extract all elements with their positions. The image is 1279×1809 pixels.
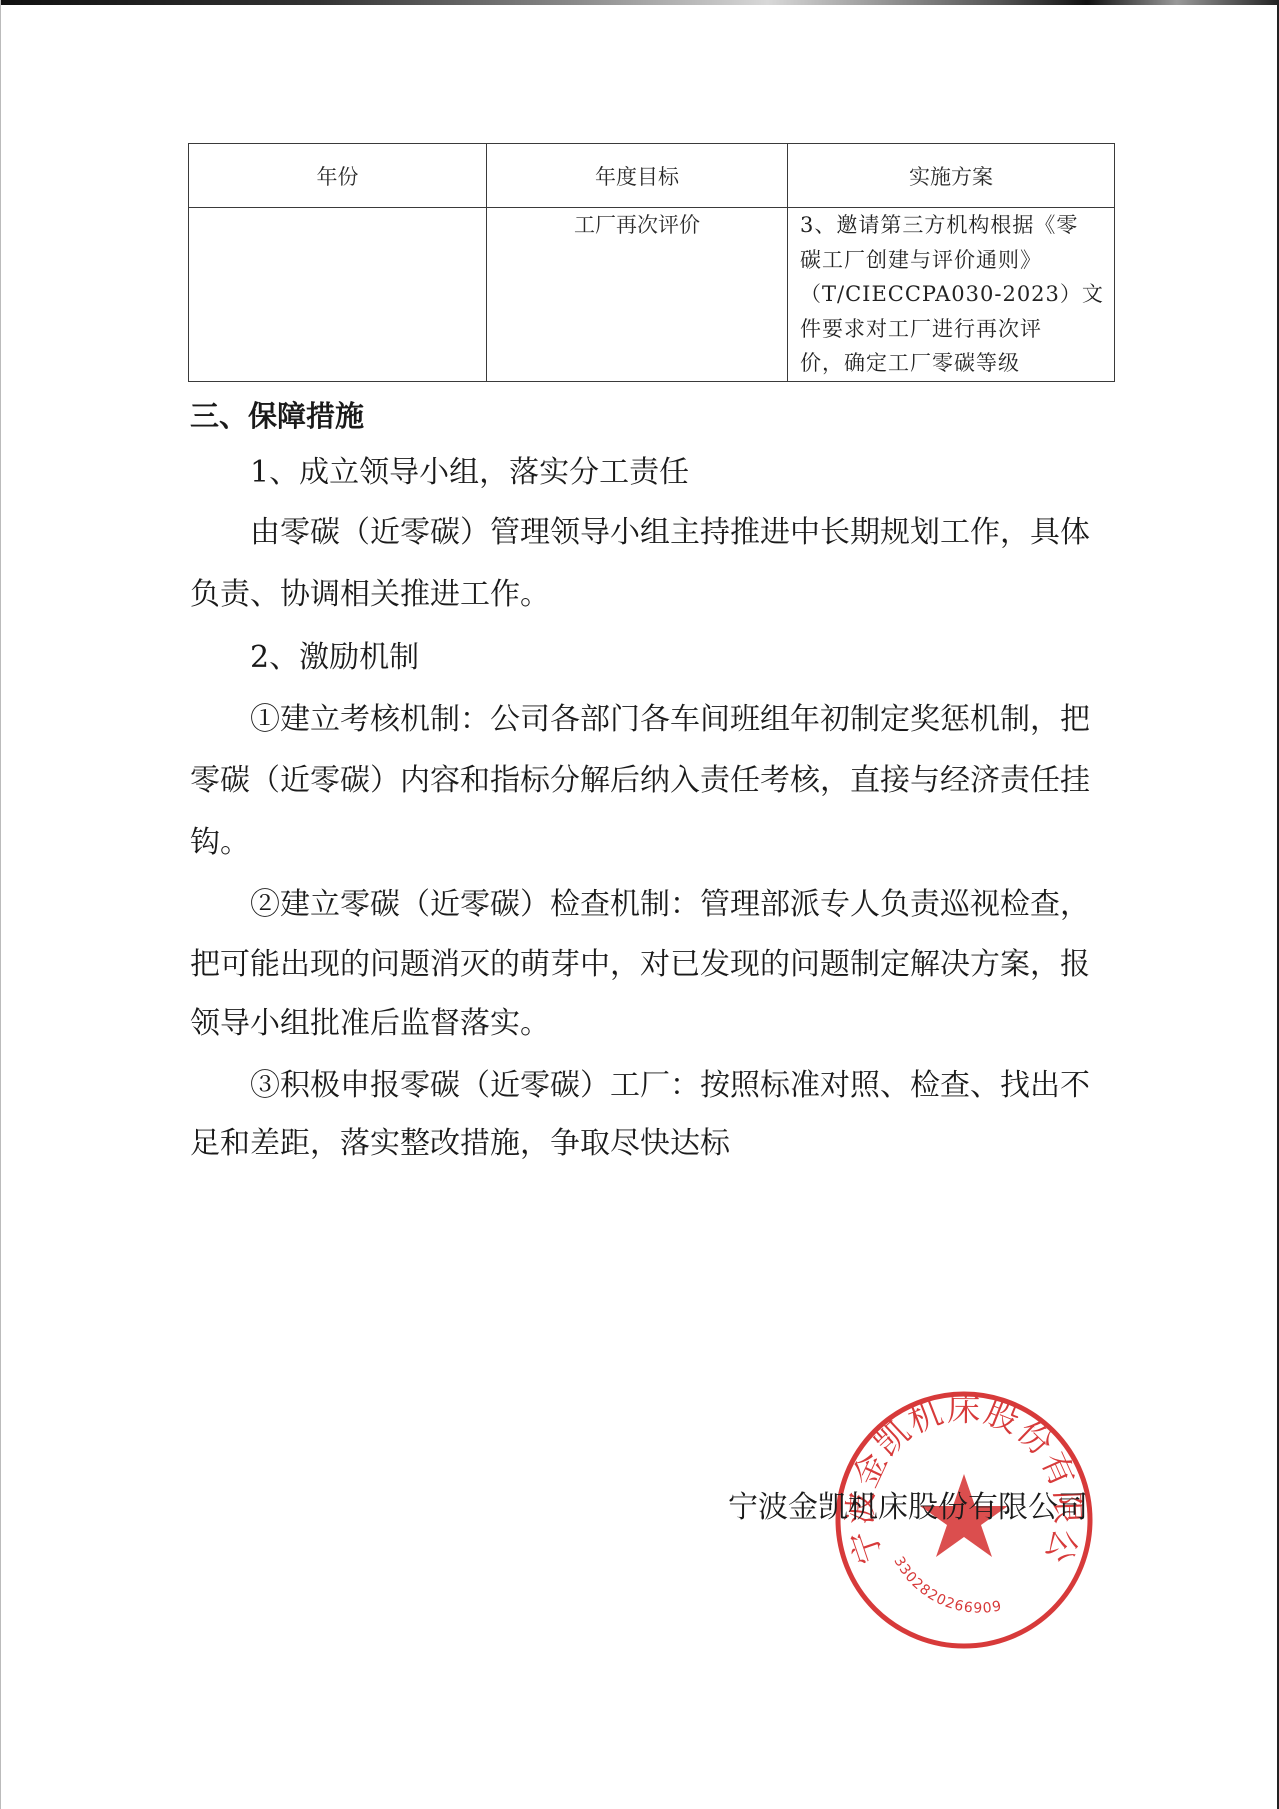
goal-cell: 工厂再次评价 — [487, 208, 788, 382]
column-header-goal: 年度目标 — [487, 144, 788, 208]
sub1-line: 钩。 — [190, 828, 250, 858]
sub2-line: ②建立零碳（近零碳）检查机制：管理部派专人负责巡视检查， — [250, 890, 1090, 920]
seal-code: 3302820266909 — [890, 1554, 1003, 1617]
svg-text:宁波金凯机床股份有限公司: 宁波金凯机床股份有限公司 — [832, 1388, 1088, 1570]
plan-line: 件要求对工厂进行再次评 — [800, 312, 1104, 347]
seal-text: 宁波金凯机床股份有限公司 — [832, 1388, 1088, 1570]
scan-edge-left — [0, 0, 1, 1809]
sub2-line: 领导小组批准后监督落实。 — [190, 1009, 550, 1039]
plan-line: 碳工厂创建与评价通则》 — [800, 243, 1104, 278]
item1-body-line: 由零碳（近零碳）管理领导小组主持推进中长期规划工作，具体 — [250, 518, 1090, 548]
sub3-line: 足和差距，落实整改措施，争取尽快达标 — [190, 1129, 730, 1159]
scan-edge-top — [0, 0, 1279, 5]
table-header-row: 年份 年度目标 实施方案 — [189, 144, 1115, 208]
plan-line: 3、邀请第三方机构根据《零 — [800, 208, 1104, 243]
item1-body-line: 负责、协调相关推进工作。 — [190, 580, 550, 610]
sub1-line: ①建立考核机制：公司各部门各车间班组年初制定奖惩机制，把 — [250, 705, 1090, 735]
sub1-line: 零碳（近零碳）内容和指标分解后纳入责任考核，直接与经济责任挂 — [190, 766, 1090, 796]
section-heading: 三、保障措施 — [190, 401, 364, 431]
company-signature: 宁波金凯机床股份有限公司 — [728, 1493, 1088, 1523]
svg-text:3302820266909: 3302820266909 — [890, 1554, 1003, 1617]
goal-text: 工厂再次评价 — [487, 208, 787, 242]
column-header-year: 年份 — [189, 144, 487, 208]
plan-cell: 3、邀请第三方机构根据《零 碳工厂创建与评价通则》 （T/CIECCPA030-… — [788, 208, 1115, 382]
column-header-plan: 实施方案 — [788, 144, 1115, 208]
sub2-line: 把可能出现的问题消灭的萌芽中，对已发现的问题制定解决方案，报 — [190, 950, 1090, 980]
item1-title: 1、成立领导小组，落实分工责任 — [250, 458, 689, 488]
plan-line: 价，确定工厂零碳等级 — [800, 346, 1104, 381]
year-cell — [189, 208, 487, 382]
plan-table: 年份 年度目标 实施方案 工厂再次评价 3、邀请第三方机构根据《零 碳工厂创建与… — [188, 143, 1115, 382]
item2-title: 2、激励机制 — [250, 643, 419, 673]
plan-line: （T/CIECCPA030-2023）文 — [800, 277, 1104, 312]
table-row: 工厂再次评价 3、邀请第三方机构根据《零 碳工厂创建与评价通则》 （T/CIEC… — [189, 208, 1115, 382]
sub3-line: ③积极申报零碳（近零碳）工厂：按照标准对照、检查、找出不 — [250, 1071, 1090, 1101]
